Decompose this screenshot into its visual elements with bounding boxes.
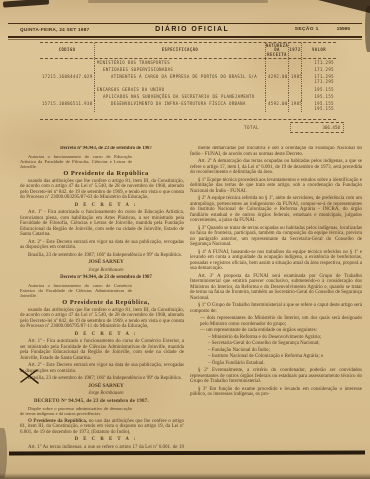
cell-code: 17215.16084447.029: [40, 73, 94, 85]
table-row: MINISTÉRIO DOS TRANSPORTES 171.295: [40, 59, 336, 66]
cell-valor: 171.295 171.295: [301, 73, 336, 85]
cell-ano: 1985: [288, 100, 301, 112]
cell-natureza: [265, 93, 288, 100]
right-column: mente demarcadas por iniciativa e sob a …: [190, 146, 362, 448]
col-header-codigo: CÓDIGO: [40, 43, 94, 58]
decree-1-signer: JOSÉ SARNEY: [20, 260, 184, 266]
decree-3-number: DECRETO Nº 94.945, de 23 de setembro de …: [20, 399, 184, 405]
bottom-rule: [9, 451, 365, 456]
cell-ano: [288, 86, 301, 93]
cell-natureza: 4292.00: [265, 73, 288, 85]
decree-1-art1: Art. 1º - Fica autorizado o funcionament…: [20, 210, 184, 238]
decree-3-art3-par2: § 2º Eventualmente, a critério do coorde…: [190, 368, 362, 385]
decree-2-art2: Art. 2º - Este Decreto entrará em vigor …: [20, 363, 184, 374]
cell-natureza: [265, 66, 288, 73]
decree-3-preamble-lead: O Presidente da República,: [28, 419, 87, 424]
handwritten-x-mark: [18, 368, 40, 384]
list-item: — um representante de cada entidade ou ó…: [200, 328, 362, 334]
decree-1-place: Brasília, 23 de setembro de 1987; 166º d…: [20, 253, 184, 259]
decree-2-decreta: D E C R E T A :: [20, 332, 184, 338]
decree-1-cosigner: Jorge Bornhausen: [20, 268, 184, 274]
cell-ano: [288, 59, 301, 66]
list-item: — dois representantes do Ministério do I…: [200, 316, 362, 327]
decree-1-heading: O Presidente da República: [20, 171, 184, 177]
list-item: – Fundação Nacional do Índio;: [208, 348, 362, 354]
scanned-gazette-page: QUINTA-FEIRA, 24 SET 1987 DIÁRIO OFICIAL…: [0, 0, 370, 479]
decree-3-art1-continuation: mente demarcadas por iniciativa e sob a …: [190, 146, 362, 157]
decree-2-signer: JOSÉ SARNEY: [20, 384, 184, 390]
cell-natureza: [265, 86, 288, 93]
left-column: Decreto nº 94.943, de 23 de setembro de …: [20, 146, 184, 448]
cell-natureza: [265, 59, 288, 66]
total-label: TOTAL: [244, 125, 259, 130]
decree-1-ementa: Autoriza o funcionamento do curso de Edu…: [20, 154, 132, 170]
scan-edge-bottom-left: [0, 428, 7, 478]
decree-2-ementa: Autoriza o funcionamento do curso de Com…: [20, 283, 132, 299]
decree-3-preamble: O Presidente da República, no uso das at…: [20, 419, 184, 436]
cell-spec: APLICADOS NAS SUBVENÇÕES DA SECRETARIA D…: [94, 93, 265, 100]
table-row: APLICADOS NAS SUBVENÇÕES DA SECRETARIA D…: [40, 93, 336, 100]
decree-1-art2: Art. 2º - Este Decreto entrará em vigor …: [20, 240, 184, 251]
cell-natureza: 4592.00: [265, 100, 288, 112]
decree-3-ementa: Dispõe sobre o processo administrativo d…: [20, 406, 132, 416]
cell-valor: 171.295: [301, 66, 336, 73]
scan-ink-mark-top-left: [3, 0, 49, 8]
cell-valor: 195.155: [301, 93, 336, 100]
decree-3-decreta: D E C R E T A :: [20, 437, 184, 443]
col-header-especificacao: ESPECIFICAÇÃO: [94, 43, 265, 58]
masthead-date: QUINTA-FEIRA, 24 SET 1987: [20, 27, 89, 32]
decree-1-number: Decreto nº 94.943, de 23 de setembro de …: [20, 146, 184, 152]
decree-3-art2-par4: § 4º A FUNAI, baseando-se nos trabalhos …: [190, 250, 362, 272]
scan-bottom-edge: [0, 473, 370, 479]
workgroup-member-list: — dois representantes do Ministério do I…: [200, 316, 362, 366]
col-header-valor: VALOR: [301, 43, 336, 58]
cell-code: [40, 66, 94, 73]
valor-line: 171.295: [304, 79, 334, 84]
budget-table: CÓDIGO ESPECIFICAÇÃO NATUREZA DA RECEITA…: [40, 42, 336, 120]
cell-spec: ENTIDADES SUPERVISIONADAS: [94, 66, 265, 73]
cell-spec: ENCARGOS GERAIS DA UNIÃO: [94, 86, 265, 93]
cell-valor: 195.155 195.155: [301, 100, 336, 112]
cell-valor: 171.295: [301, 59, 336, 66]
decree-3-art2-par1: § 1º Equipe técnica procederá aos levant…: [190, 178, 362, 195]
decree-3-art2-par2: § 2º A equipe técnica referida no § 1º, …: [190, 196, 362, 224]
cell-ano: [288, 66, 301, 73]
cell-valor: 195.155: [301, 86, 336, 93]
decree-2-place: Brasília, 23 de setembro de 1987; 166º d…: [20, 376, 184, 382]
table-row: ENTIDADES SUPERVISIONADAS 171.295: [40, 66, 336, 73]
scan-smudge-top: [88, 0, 268, 3]
cell-code: [40, 59, 94, 66]
cell-ano: 1985: [288, 73, 301, 85]
list-item: – Órgão Fundiário Estadual.: [208, 361, 362, 367]
cell-code: [40, 93, 94, 100]
cell-spec: MINISTÉRIO DOS TRANSPORTES: [94, 59, 265, 66]
decree-3-art3-par3: § 3º Em função do exame procedido e leva…: [190, 387, 362, 398]
decree-3-art3-par1: § 1º O Grupo de Trabalho Interministeria…: [190, 303, 362, 314]
scan-edge-right: [365, 6, 370, 52]
list-item: – Instituto Nacional de Colonização e Re…: [208, 354, 362, 360]
scan-ink-mark-top-right: [318, 0, 370, 13]
table-row: ENCARGOS GERAIS DA UNIÃO 195.155: [40, 86, 336, 93]
masthead-section: SEÇÃO 1: [295, 27, 319, 32]
list-item: – Secretaria-Geral do Conselho de Segura…: [208, 341, 362, 347]
table-header-row: CÓDIGO ESPECIFICAÇÃO NATUREZA DA RECEITA…: [40, 43, 336, 59]
cell-ano: [288, 93, 301, 100]
decree-2-preamble: usando das atribuições que lhe confere o…: [20, 308, 184, 330]
decree-2-art1: Art. 1º - Fica autorizado o funcionament…: [20, 339, 184, 361]
col-header-natureza: NATUREZA DA RECEITA: [265, 43, 288, 58]
decree-3-art1: Art. 1º As terras indígenas, a que se re…: [20, 445, 184, 448]
table-row: 15715.10886511.930 DESENVOLVIMENTO DA IN…: [40, 100, 336, 112]
cell-code: 15715.10886511.930: [40, 100, 94, 112]
decree-3-art2-par3: § 3º Quando se tratar de terras ocupadas…: [190, 226, 362, 248]
table-total-row: TOTAL 366.450: [40, 122, 336, 136]
cell-spec: DESENVOLVIMENTO DA INFRA-ESTRUTURA FÍSIC…: [94, 100, 265, 112]
total-value: 366.450: [290, 122, 344, 133]
col-header-ano: 1972: [288, 43, 301, 58]
x-mark-icon: [18, 368, 40, 384]
masthead: QUINTA-FEIRA, 24 SET 1987 DIÁRIO OFICIAL…: [8, 23, 362, 38]
masthead-title: DIÁRIO OFICIAL: [89, 26, 294, 33]
decree-1-preamble: usando das atribuições que lhe confere o…: [20, 179, 184, 201]
decree-2-number: Decreto nº 94.944, de 23 de setembro de …: [20, 275, 184, 281]
cell-code: [40, 86, 94, 93]
decree-1-decreta: D E C R E T A :: [20, 203, 184, 209]
list-item: – Ministério da Reforma e do Desenvolvim…: [208, 335, 362, 341]
masthead-page-number: 15595: [337, 27, 350, 32]
decree-2-heading: O Presidente da República,: [20, 300, 184, 306]
cell-spec: ATINENTES À CARGO DA EMPRESA DE PORTOS D…: [94, 73, 265, 85]
decree-3-art3: Art. 3º A proposta da FUNAI será examina…: [190, 274, 362, 302]
decree-3-art2: Art. 2º A demarcação das terras ocupadas…: [190, 159, 362, 176]
valor-line: 195.155: [304, 106, 334, 111]
decree-2-cosigner: Jorge Bornhausen: [20, 391, 184, 397]
table-row: 17215.16084447.029 ATINENTES À CARGO DA …: [40, 73, 336, 85]
